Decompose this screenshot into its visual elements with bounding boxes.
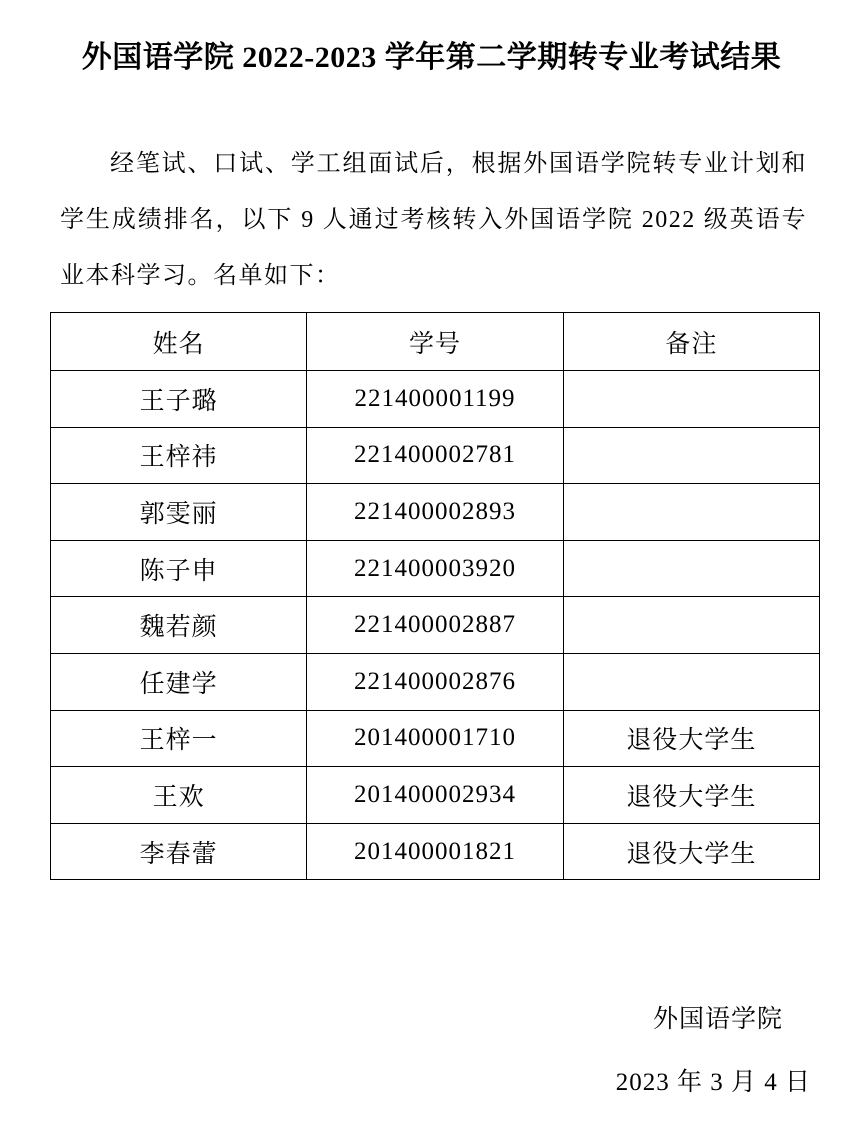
- cell-remark: [563, 427, 819, 484]
- cell-student-id: 221400002893: [307, 484, 563, 541]
- cell-student-id: 201400002934: [307, 767, 563, 824]
- cell-remark: 退役大学生: [563, 823, 819, 880]
- cell-student-id: 221400001199: [307, 371, 563, 428]
- results-table-body: 王子璐221400001199王梓祎221400002781郭雯丽2214000…: [51, 371, 820, 880]
- cell-student-id: 221400003920: [307, 540, 563, 597]
- cell-name: 魏若颜: [51, 597, 307, 654]
- cell-remark: [563, 484, 819, 541]
- cell-remark: [563, 371, 819, 428]
- cell-name: 王子璐: [51, 371, 307, 428]
- cell-student-id: 201400001821: [307, 823, 563, 880]
- header-row: 姓名学号备注: [51, 313, 820, 371]
- intro-paragraph: 经笔试、口试、学工组面试后，根据外国语学院转专业计划和学生成绩排名，以下 9 人…: [60, 136, 807, 304]
- column-header-remark: 备注: [563, 313, 819, 371]
- signature-organization: 外国语学院: [0, 1002, 863, 1038]
- table-row: 陈子申221400003920: [51, 540, 820, 597]
- table-row: 魏若颜221400002887: [51, 597, 820, 654]
- table-row: 王欢201400002934退役大学生: [51, 767, 820, 824]
- cell-name: 王梓一: [51, 710, 307, 767]
- cell-name: 王欢: [51, 767, 307, 824]
- results-table-header: 姓名学号备注: [51, 313, 820, 371]
- cell-remark: 退役大学生: [563, 710, 819, 767]
- cell-remark: [563, 597, 819, 654]
- table-row: 李春蕾201400001821退役大学生: [51, 823, 820, 880]
- column-header-student-id: 学号: [307, 313, 563, 371]
- table-row: 王梓一201400001710退役大学生: [51, 710, 820, 767]
- table-row: 郭雯丽221400002893: [51, 484, 820, 541]
- cell-name: 李春蕾: [51, 823, 307, 880]
- document-title: 外国语学院 2022-2023 学年第二学期转专业考试结果: [0, 0, 863, 80]
- cell-remark: [563, 653, 819, 710]
- results-table: 姓名学号备注 王子璐221400001199王梓祎221400002781郭雯丽…: [50, 312, 820, 880]
- cell-remark: [563, 540, 819, 597]
- cell-student-id: 221400002876: [307, 653, 563, 710]
- page: 外国语学院 2022-2023 学年第二学期转专业考试结果 经笔试、口试、学工组…: [0, 0, 863, 1132]
- cell-name: 陈子申: [51, 540, 307, 597]
- signature-block: 外国语学院 2023 年 3 月 4 日: [0, 1002, 863, 1101]
- table-row: 王梓祎221400002781: [51, 427, 820, 484]
- document-page: { "document": { "title": "外国语学院 2022-202…: [0, 0, 863, 1132]
- cell-remark: 退役大学生: [563, 767, 819, 824]
- cell-student-id: 201400001710: [307, 710, 563, 767]
- cell-name: 任建学: [51, 653, 307, 710]
- table-row: 王子璐221400001199: [51, 371, 820, 428]
- cell-student-id: 221400002887: [307, 597, 563, 654]
- cell-name: 郭雯丽: [51, 484, 307, 541]
- table-row: 任建学221400002876: [51, 653, 820, 710]
- signature-date: 2023 年 3 月 4 日: [0, 1065, 863, 1101]
- column-header-name: 姓名: [51, 313, 307, 371]
- cell-name: 王梓祎: [51, 427, 307, 484]
- cell-student-id: 221400002781: [307, 427, 563, 484]
